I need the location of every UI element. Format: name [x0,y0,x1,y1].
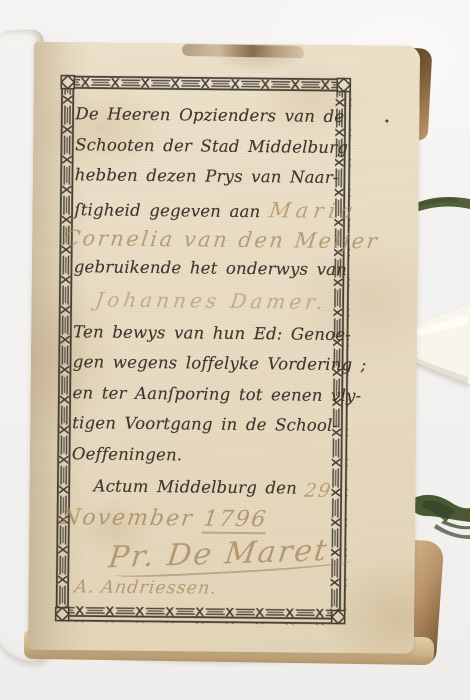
signature-de-maret: Pr. De Maret [105,533,330,582]
printed-segment: hebben dezen Prys van Naar- [75,165,339,187]
line-oeffeningen: Oeffeningen. [72,444,330,477]
line-schoolen: Schooten der Stad Middelburg [75,135,333,168]
ribbon-bookmark-lower [408,482,470,540]
printed-segment: Actum Middelburg den [93,476,297,497]
printed-segment: en ter Aanſporing tot eenen vly- [72,383,361,405]
line-aansporing: en ter Aanſporing tot eenen vly- [72,383,330,416]
printed-segment: ſtigheid gegeven aan [74,200,260,221]
line-prys: hebben dezen Prys van Naar- [75,165,333,198]
line-onderwys: gebruikende het onderwys van [74,257,332,290]
certificate-page: De Heeren Opzienders van de Schooten der… [28,42,420,654]
printed-segment: tigen Voortgang in de School- [72,413,338,435]
line-vordering: gen wegens loffelyke Vordering ; [73,352,331,385]
printed-segment: Schooten der Stad Middelburg [75,135,348,157]
manuscript-day-number: 29 [304,480,334,502]
line-signature-andriessen: A. Andriessen. [70,577,328,610]
printed-segment: Ten bewys van hun Ed: Genoe- [73,322,351,344]
line-gegeven-aan: ſtigheid gegeven aanMaria [74,196,332,229]
page-speck [385,119,388,122]
printed-segment: Oeffeningen. [72,444,183,464]
book-photo: De Heeren Opzienders van de Schooten der… [0,0,470,700]
line-recipient-name: Cornelia van den Meijer [74,226,332,259]
certificate-text: De Heeren Opzienders van de Schooten der… [70,104,333,610]
line-ten-bewys: Ten bewys van hun Ed: Genoe- [73,322,331,355]
printed-segment: gen wegens loffelyke Vordering ; [73,352,367,374]
signature-andriessen: A. Andriessen. [73,577,218,598]
manuscript-recipient-first-name: Maria [268,198,360,223]
printed-segment: gebruikende het onderwys van [74,257,347,279]
manuscript-year: 1796 [202,506,270,534]
line-teacher-name: Johannes Damer. [73,287,331,320]
line-signature-de-maret: Pr. De Maret [71,535,329,580]
printed-segment: De Heeren Opzienders van de [75,104,344,126]
manuscript-recipient-name: Cornelia van den Meijer [63,226,381,253]
line-month-year: November1796 [71,505,329,538]
line-voortgang: tigen Voortgang in de School- [72,413,330,446]
manuscript-teacher-name: Johannes Damer. [94,287,329,313]
manuscript-month: November [60,505,196,531]
page-top-stain [182,44,304,58]
line-actum-date: Actum Middelburg den29 [71,474,329,507]
line-opzienders: De Heeren Opzienders van de [75,104,333,137]
